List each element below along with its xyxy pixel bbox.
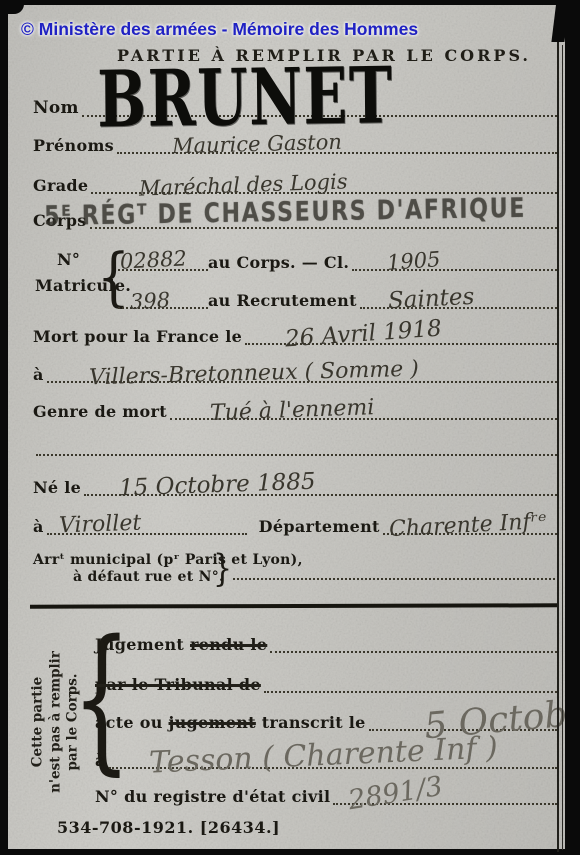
- matricule-line2: 398 au Recrutement Saintes: [115, 284, 557, 310]
- surname-handwritten: BRUNET: [97, 51, 394, 145]
- form-reference: 534-708-1921. [26434.]: [57, 818, 280, 837]
- classe-value: 1905: [386, 247, 441, 275]
- ne-le-value: 15 Octobre 1885: [119, 469, 316, 502]
- scan-edge-top: [0, 0, 580, 5]
- transcription-label-post: transcrit le: [262, 713, 366, 732]
- ne-a-line: Virollet: [47, 533, 247, 535]
- matricule-corps-number: 02882: [119, 246, 187, 273]
- field-transcription-lieu: à Tesson ( Charente Inf ): [95, 744, 557, 770]
- departement-value: Charente Infʳᵉ: [388, 509, 547, 542]
- arrondissement-label-2: à défaut rue et N°.: [73, 569, 224, 585]
- mort-date-label: Mort pour la France le: [33, 327, 242, 346]
- jugement-label: Jugement rendu le: [95, 635, 267, 654]
- ne-le-line: 15 Octobre 1885: [84, 494, 557, 496]
- prenoms-line: Maurice Gaston: [117, 152, 557, 154]
- tribunal-label: par le Tribunal de: [95, 675, 261, 694]
- grade-label: Grade: [33, 176, 88, 195]
- matricule-corps-line: 02882: [118, 269, 208, 271]
- field-matricule: N° Matricule. { 02882 au Corps. — Cl. 19…: [33, 246, 557, 314]
- matricule-recrutement-line: 398: [118, 307, 208, 309]
- arrondissement-line: [233, 554, 555, 580]
- scan-corner-top-left: [0, 0, 24, 14]
- field-mort-date: Mort pour la France le 26 Avril 1918: [33, 320, 557, 346]
- au-corps-label: au Corps. — Cl.: [208, 253, 349, 272]
- mort-lieu-value: Villers-Bretonneux ( Somme ): [88, 357, 418, 391]
- field-ne-le: Né le 15 Octobre 1885: [33, 471, 557, 497]
- au-recrutement-label: au Recrutement: [208, 291, 357, 310]
- field-jugement: Jugement rendu le: [95, 628, 557, 654]
- classe-line: 1905: [352, 269, 557, 271]
- jugement-label-struck: rendu le: [190, 635, 267, 654]
- matricule-recrutement-number: 398: [129, 288, 170, 314]
- blank-line: [33, 431, 557, 457]
- transcription-label-pre: acte ou: [95, 713, 163, 732]
- genre-mort-label: Genre de mort: [33, 402, 167, 421]
- mort-lieu-label: à: [33, 365, 44, 384]
- field-registre: N° du registre d'état civil 2891/3: [95, 780, 557, 806]
- genre-mort-value: Tué à l'ennemi: [210, 395, 375, 426]
- field-tribunal: par le Tribunal de: [95, 668, 557, 694]
- mort-date-value: 26 Avril 1918: [284, 316, 442, 353]
- blank-dotted-line: [36, 454, 557, 456]
- record-card-scan: © Ministère des armées - Mémoire des Hom…: [0, 0, 580, 855]
- matricule-no-label: N°: [57, 250, 80, 269]
- paper-edge-line-1: [557, 42, 559, 852]
- departement-label: Département: [259, 517, 380, 536]
- field-genre-mort: Genre de mort Tué à l'ennemi: [33, 395, 557, 421]
- ne-le-label: Né le: [33, 478, 81, 497]
- sidebar-note-line2: n'est pas à remplir: [47, 651, 65, 793]
- field-mort-lieu: à Villers-Bretonneux ( Somme ): [33, 358, 557, 384]
- registre-label: N° du registre d'état civil: [95, 787, 330, 806]
- mort-lieu-line: Villers-Bretonneux ( Somme ): [47, 381, 557, 383]
- scan-edge-right: [565, 0, 580, 855]
- transcription-label-struck: jugement: [169, 713, 256, 732]
- field-grade: Grade Maréchal des Logis: [33, 169, 557, 195]
- transcription-lieu-line: Tesson ( Charente Inf ): [109, 767, 557, 769]
- ne-a-label: à: [33, 517, 44, 536]
- transcription-line: 5 Octobre 1919: [369, 729, 557, 731]
- transcription-lieu-label: à: [95, 751, 106, 770]
- departement-line: Charente Infʳᵉ: [383, 533, 557, 535]
- field-ne-a: à Virollet Département Charente Infʳᵉ: [33, 509, 557, 536]
- paper-edge-line-2: [562, 45, 563, 850]
- recrutement-value: Saintes: [387, 284, 475, 314]
- scan-edge-bottom: [0, 849, 580, 855]
- matricule-line1: 02882 au Corps. — Cl. 1905: [115, 246, 557, 272]
- transcription-lieu-value: Tesson ( Charente Inf ): [148, 730, 498, 780]
- scan-edge-left: [0, 0, 8, 855]
- jugement-label-plain: Jugement: [95, 635, 184, 654]
- registre-value: 2891/3: [347, 771, 446, 816]
- jugement-line: [270, 651, 557, 653]
- arrondissement-brace-icon: }: [213, 551, 232, 589]
- tribunal-line: [264, 691, 557, 693]
- transcription-label: acte ou jugement transcrit le: [95, 713, 366, 732]
- sidebar-note-line1: Cette partie: [30, 651, 48, 793]
- field-arrondissement: Arrᵗ municipal (pʳ Paris et Lyon), à déf…: [33, 550, 557, 590]
- nom-label: Nom: [33, 98, 79, 118]
- field-transcription: acte ou jugement transcrit le 5 Octobre …: [95, 706, 557, 732]
- registre-line: 2891/3: [333, 803, 557, 805]
- ne-a-value: Virollet: [58, 511, 141, 539]
- genre-mort-line: Tué à l'ennemi: [170, 418, 557, 420]
- recrutement-line: Saintes: [360, 307, 557, 309]
- mort-date-line: 26 Avril 1918: [245, 343, 557, 345]
- archive-watermark: © Ministère des armées - Mémoire des Hom…: [21, 19, 418, 40]
